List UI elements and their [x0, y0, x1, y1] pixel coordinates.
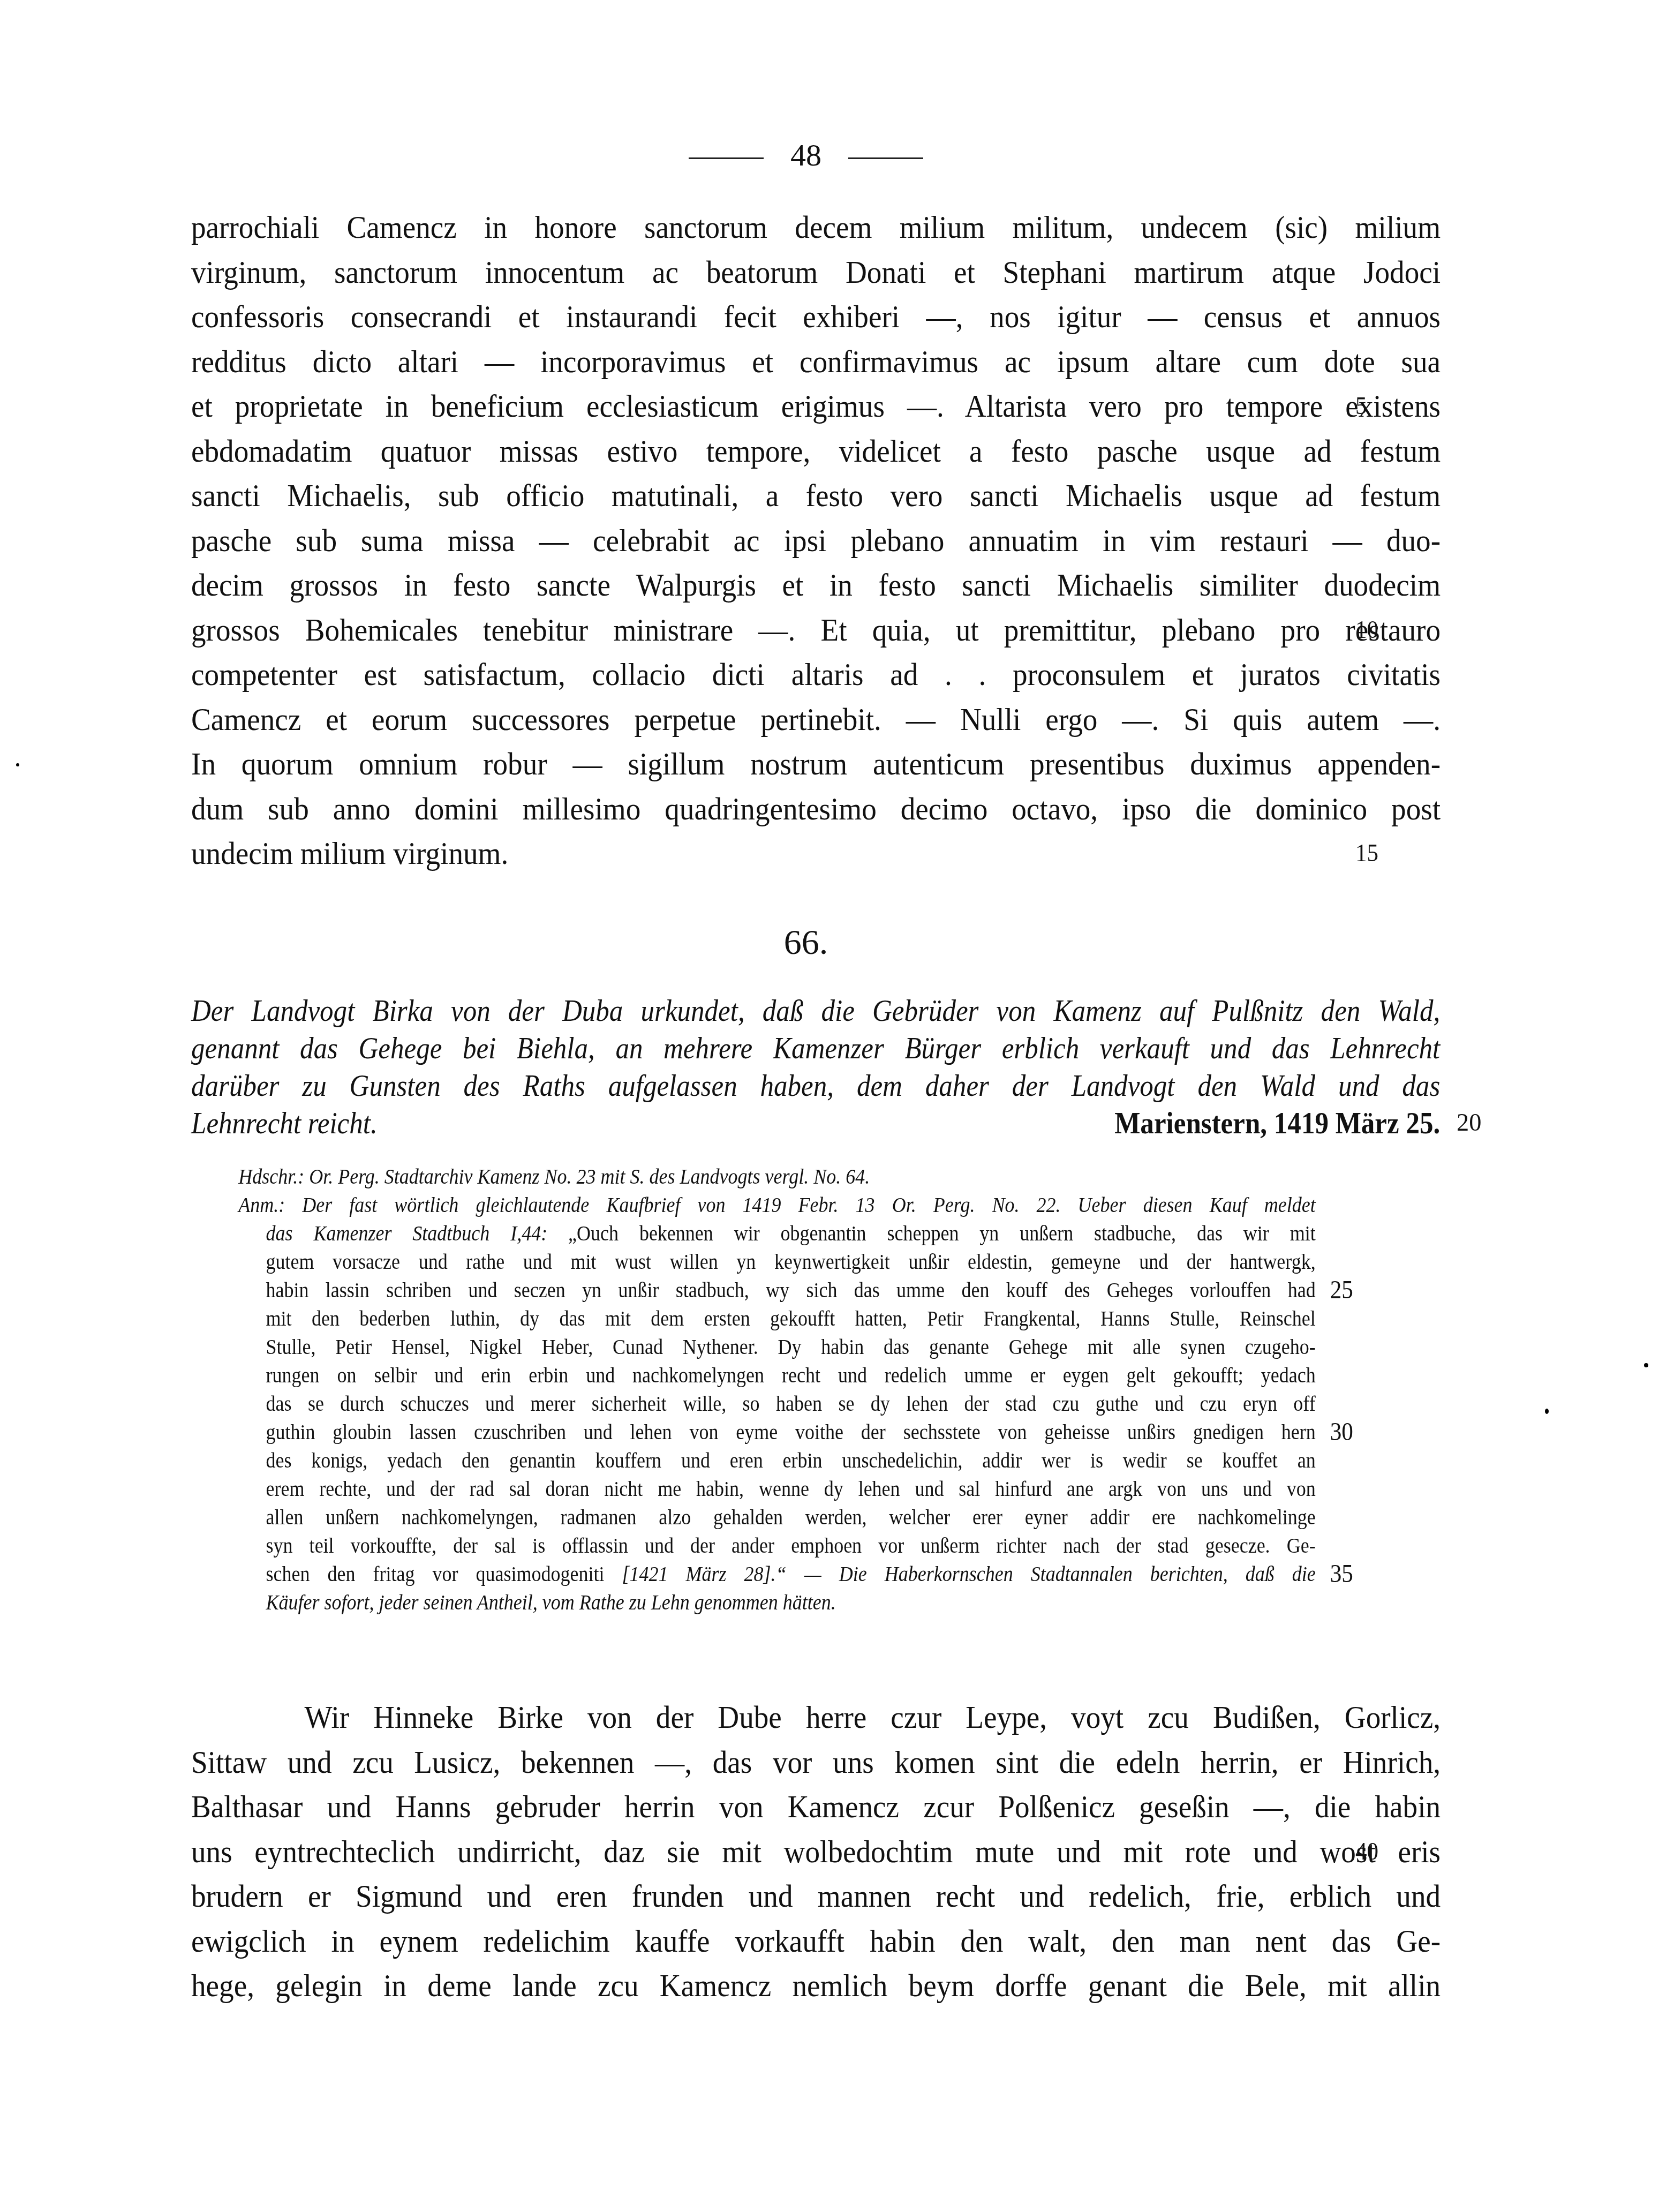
text-line: competenter est satisfactum, collacio di…	[191, 652, 1441, 697]
text-line: undecim milium virginum.15	[191, 831, 1441, 876]
line-text: Balthasar und Hanns gebruder herrin von …	[191, 1789, 1441, 1824]
text-line: Balthasar und Hanns gebruder herrin von …	[191, 1785, 1441, 1830]
summary-line: darüber zu Gunsten des Raths aufgelassen…	[191, 1067, 1440, 1104]
line-text: brudern er Sigmund und eren frunden und …	[191, 1878, 1441, 1914]
note-quote-text: allen unßern nachkomelyngen, radmanen al…	[266, 1505, 1316, 1529]
note-line: allen unßern nachkomelyngen, radmanen al…	[191, 1503, 1316, 1531]
text-line: hege, gelegin in deme lande zcu Kamencz …	[191, 1963, 1441, 2008]
line-text: competenter est satisfactum, collacio di…	[191, 657, 1441, 692]
text-line: virginum, sanctorum innocentum ac beator…	[191, 250, 1441, 295]
header-rule-right	[848, 157, 923, 159]
note-line: das Kamenzer Stadtbuch I,44: „Ouch beken…	[191, 1219, 1316, 1247]
text-line: Camencz et eorum successores perpetue pe…	[191, 697, 1441, 742]
document-text-block: Wir Hinneke Birke von der Dube herre czu…	[191, 1695, 1441, 2008]
main-text-block: parrochiali Camencz in honore sanctorum …	[191, 205, 1441, 876]
note-line: Stulle, Petir Hensel, Nigkel Heber, Cuna…	[191, 1333, 1316, 1361]
line-number: 25	[1330, 1276, 1353, 1304]
line-number: 30	[1330, 1418, 1353, 1446]
note-italic-text: [1421 März 28].“ — Die Haberkornschen St…	[622, 1562, 1316, 1586]
line-text: ebdomadatim quatuor missas estivo tempor…	[191, 433, 1441, 469]
text-line: parrochiali Camencz in honore sanctorum …	[191, 205, 1441, 250]
note-quote-text: schen den fritag vor quasimodogeniti	[266, 1562, 622, 1586]
line-text: hege, gelegin in deme lande zcu Kamencz …	[191, 1968, 1441, 2003]
page-number: 48	[790, 138, 821, 172]
note-quote-text: guthin gloubin lassen czuschriben und le…	[266, 1420, 1316, 1444]
line-text: In quorum omnium robur — sigillum nostru…	[191, 746, 1441, 781]
text-line: brudern er Sigmund und eren frunden und …	[191, 1874, 1441, 1919]
line-text: dum sub anno domini millesimo quadringen…	[191, 791, 1441, 826]
text-line: ebdomadatim quatuor missas estivo tempor…	[191, 429, 1441, 474]
line-number: 35	[1330, 1560, 1353, 1588]
text-line: decim grossos in festo sancte Walpurgis …	[191, 563, 1441, 608]
note-line: rungen on selbir und erin erbin und nach…	[191, 1361, 1316, 1389]
line-text: uns eyntrechteclich undirricht, daz sie …	[191, 1834, 1441, 1869]
text-line: grossos Bohemicales tenebitur ministrare…	[191, 608, 1441, 653]
note-quote-text: Stulle, Petir Hensel, Nigkel Heber, Cuna…	[266, 1335, 1316, 1359]
summary-line: genannt das Gehege bei Biehla, an mehrer…	[191, 1029, 1440, 1067]
scan-speck	[1644, 1363, 1648, 1367]
note-quote-text: habin lassin schriben und seczen yn unßi…	[266, 1278, 1316, 1302]
header-rule-left	[689, 157, 764, 159]
text-line: dum sub anno domini millesimo quadringen…	[191, 787, 1441, 832]
line-number: 15	[1355, 831, 1378, 876]
text-line: In quorum omnium robur — sigillum nostru…	[191, 742, 1441, 787]
text-line: Wir Hinneke Birke von der Dube herre czu…	[191, 1695, 1441, 1740]
text-line: redditus dicto altari — incorporavimus e…	[191, 340, 1441, 385]
note-quote-text: erem rechte, und der rad sal doran nicht…	[266, 1477, 1316, 1501]
note-quote-text: „Ouch bekennen wir obgenantin scheppen y…	[568, 1221, 1316, 1245]
line-text: virginum, sanctorum innocentum ac beator…	[191, 254, 1441, 290]
text-line: et proprietate in beneficium ecclesiasti…	[191, 384, 1441, 429]
line-text: redditus dicto altari — incorporavimus e…	[191, 344, 1441, 379]
note-italic-text: das Kamenzer Stadtbuch I,44:	[266, 1221, 569, 1245]
text-line: uns eyntrechteclich undirricht, daz sie …	[191, 1830, 1441, 1875]
line-text: Camencz et eorum successores perpetue pe…	[191, 702, 1441, 737]
summary-line-text: Lehnrecht reicht.	[191, 1105, 378, 1140]
note-line: syn teil vorkouffte, der sal is offlassi…	[191, 1531, 1316, 1560]
note-line: guthin gloubin lassen czuschriben und le…	[191, 1418, 1316, 1446]
line-number: 40	[1355, 1830, 1378, 1875]
note-line: gutem vorsacze und rathe und mit wust wi…	[191, 1247, 1316, 1276]
text-line: Sittaw und zcu Lusicz, bekennen —, das v…	[191, 1740, 1441, 1785]
line-number: 10	[1355, 608, 1378, 653]
note-line: Anm.: Der fast wörtlich gleichlautende K…	[191, 1191, 1316, 1219]
note-line: schen den fritag vor quasimodogeniti [14…	[191, 1560, 1316, 1588]
note-line: erem rechte, und der rad sal doran nicht…	[191, 1474, 1316, 1503]
page-header: 48	[0, 129, 1612, 182]
line-text: parrochiali Camencz in honore sanctorum …	[191, 209, 1441, 245]
note-line: mit den bederben luthin, dy das mit dem …	[191, 1304, 1316, 1333]
line-text: decim grossos in festo sancte Walpurgis …	[191, 567, 1441, 603]
note-quote-text: mit den bederben luthin, dy das mit dem …	[266, 1306, 1316, 1330]
text-line: sancti Michaelis, sub officio matutinali…	[191, 473, 1441, 518]
line-text: Sittaw und zcu Lusicz, bekennen —, das v…	[191, 1744, 1441, 1780]
text-line: pasche sub suma missa — celebrabit ac ip…	[191, 518, 1441, 563]
note-quote-text: das se durch schuczes und merer sicherhe…	[266, 1391, 1316, 1416]
place-date: Marienstern, 1419 März 25.	[1114, 1104, 1440, 1142]
note-quote-text: des konigs, yedach den genantin kouffern…	[266, 1448, 1316, 1472]
note-line: Käufer sofort, jeder seinen Antheil, vom…	[191, 1588, 1316, 1616]
line-number: 5	[1355, 384, 1367, 429]
note-italic-text: Anm.: Der fast wörtlich gleichlautende K…	[238, 1193, 1316, 1217]
line-number: 20	[1457, 1104, 1481, 1142]
line-text: ewigclich in eynem redelichim kauffe vor…	[191, 1923, 1441, 1959]
note-line: Hdschr.: Or. Perg. Stadtarchiv Kamenz No…	[191, 1162, 1316, 1191]
line-text: pasche sub suma missa — celebrabit ac ip…	[191, 523, 1441, 558]
note-quote-text: syn teil vorkouffte, der sal is offlassi…	[266, 1533, 1316, 1558]
scan-speck	[16, 763, 19, 766]
note-italic-text: Käufer sofort, jeder seinen Antheil, vom…	[266, 1590, 836, 1614]
line-text: undecim milium virginum.	[191, 836, 508, 871]
text-line: ewigclich in eynem redelichim kauffe vor…	[191, 1919, 1441, 1964]
note-quote-text: rungen on selbir und erin erbin und nach…	[266, 1363, 1316, 1387]
text-line: confessoris consecrandi et instaurandi f…	[191, 295, 1441, 340]
line-text: sancti Michaelis, sub officio matutinali…	[191, 478, 1441, 513]
note-line: habin lassin schriben und seczen yn unßi…	[191, 1276, 1316, 1304]
line-text: et proprietate in beneficium ecclesiasti…	[191, 388, 1441, 424]
line-text: Wir Hinneke Birke von der Dube herre czu…	[305, 1699, 1441, 1735]
summary-line-final: Lehnrecht reicht. Marienstern, 1419 März…	[191, 1104, 1440, 1142]
line-text: grossos Bohemicales tenebitur ministrare…	[191, 612, 1441, 648]
note-line: das se durch schuczes und merer sicherhe…	[191, 1389, 1316, 1418]
notes-block: Hdschr.: Or. Perg. Stadtarchiv Kamenz No…	[191, 1162, 1441, 1616]
scan-speck	[1545, 1409, 1549, 1414]
note-italic-text: Hdschr.: Or. Perg. Stadtarchiv Kamenz No…	[238, 1164, 870, 1188]
note-line: des konigs, yedach den genantin kouffern…	[191, 1446, 1316, 1474]
line-text: confessoris consecrandi et instaurandi f…	[191, 299, 1441, 334]
entry-number: 66.	[0, 919, 1612, 967]
summary-line: Der Landvogt Birka von der Duba urkundet…	[191, 992, 1440, 1029]
note-quote-text: gutem vorsacze und rathe und mit wust wi…	[266, 1250, 1316, 1274]
entry-summary: Der Landvogt Birka von der Duba urkundet…	[191, 992, 1441, 1142]
